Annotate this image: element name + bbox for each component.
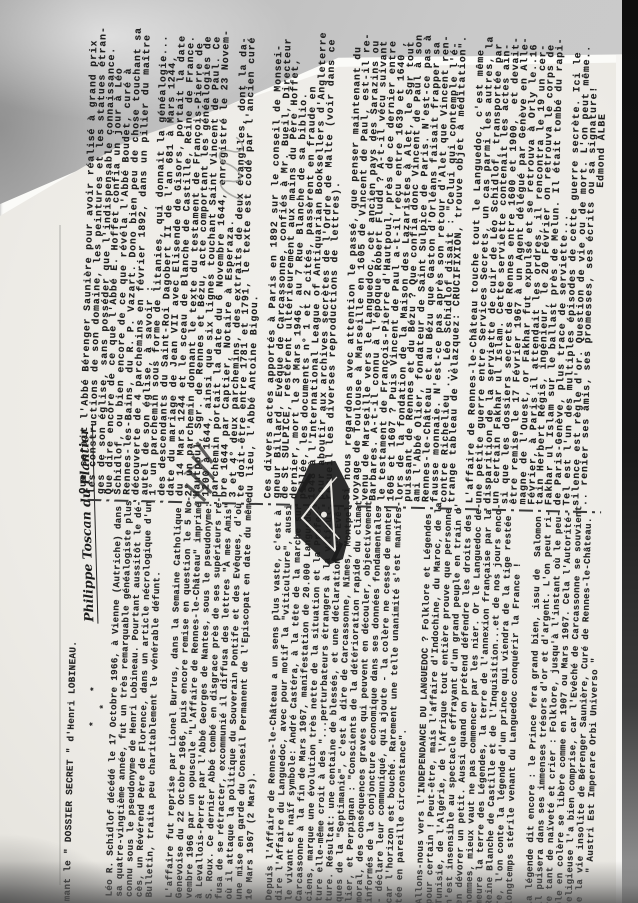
rotated-document: mant le " DOSSIER SECRET " d'Henri LOBIN… <box>0 0 638 903</box>
right-column-text: Que serait l'Abbé Bérenger Saunière pour… <box>79 26 609 506</box>
scan-right-edge-band <box>622 0 638 903</box>
ink-stamp-icon <box>288 455 358 573</box>
scanned-page: { "scan": { "description": "Photocopied … <box>0 0 638 903</box>
pencil-scribble <box>206 132 259 203</box>
stamp-smudge-marks <box>175 434 224 505</box>
scan-corner-shadow <box>0 833 120 903</box>
